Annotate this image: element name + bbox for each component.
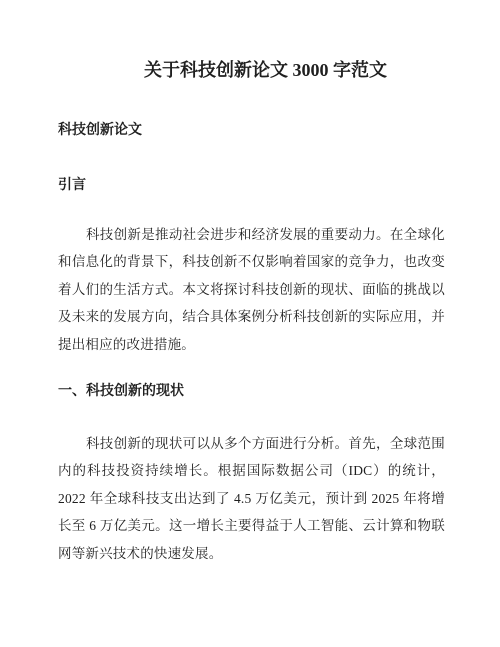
paragraph-current-status: 科技创新的现状可以从多个方面进行分析。首先，全球范围内的科技投资持续增长。根据国… xyxy=(58,430,445,568)
section-heading-current-status: 一、科技创新的现状 xyxy=(58,378,445,406)
document-title: 关于科技创新论文 3000 字范文 xyxy=(58,55,445,85)
document-page: 关于科技创新论文 3000 字范文 科技创新论文 引言 科技创新是推动社会进步和… xyxy=(0,0,500,647)
document-subtitle: 科技创新论文 xyxy=(58,117,445,145)
paragraph-introduction: 科技创新是推动社会进步和经济发展的重要动力。在全球化和信息化的背景下，科技创新不… xyxy=(58,221,445,359)
section-heading-introduction: 引言 xyxy=(58,172,445,200)
